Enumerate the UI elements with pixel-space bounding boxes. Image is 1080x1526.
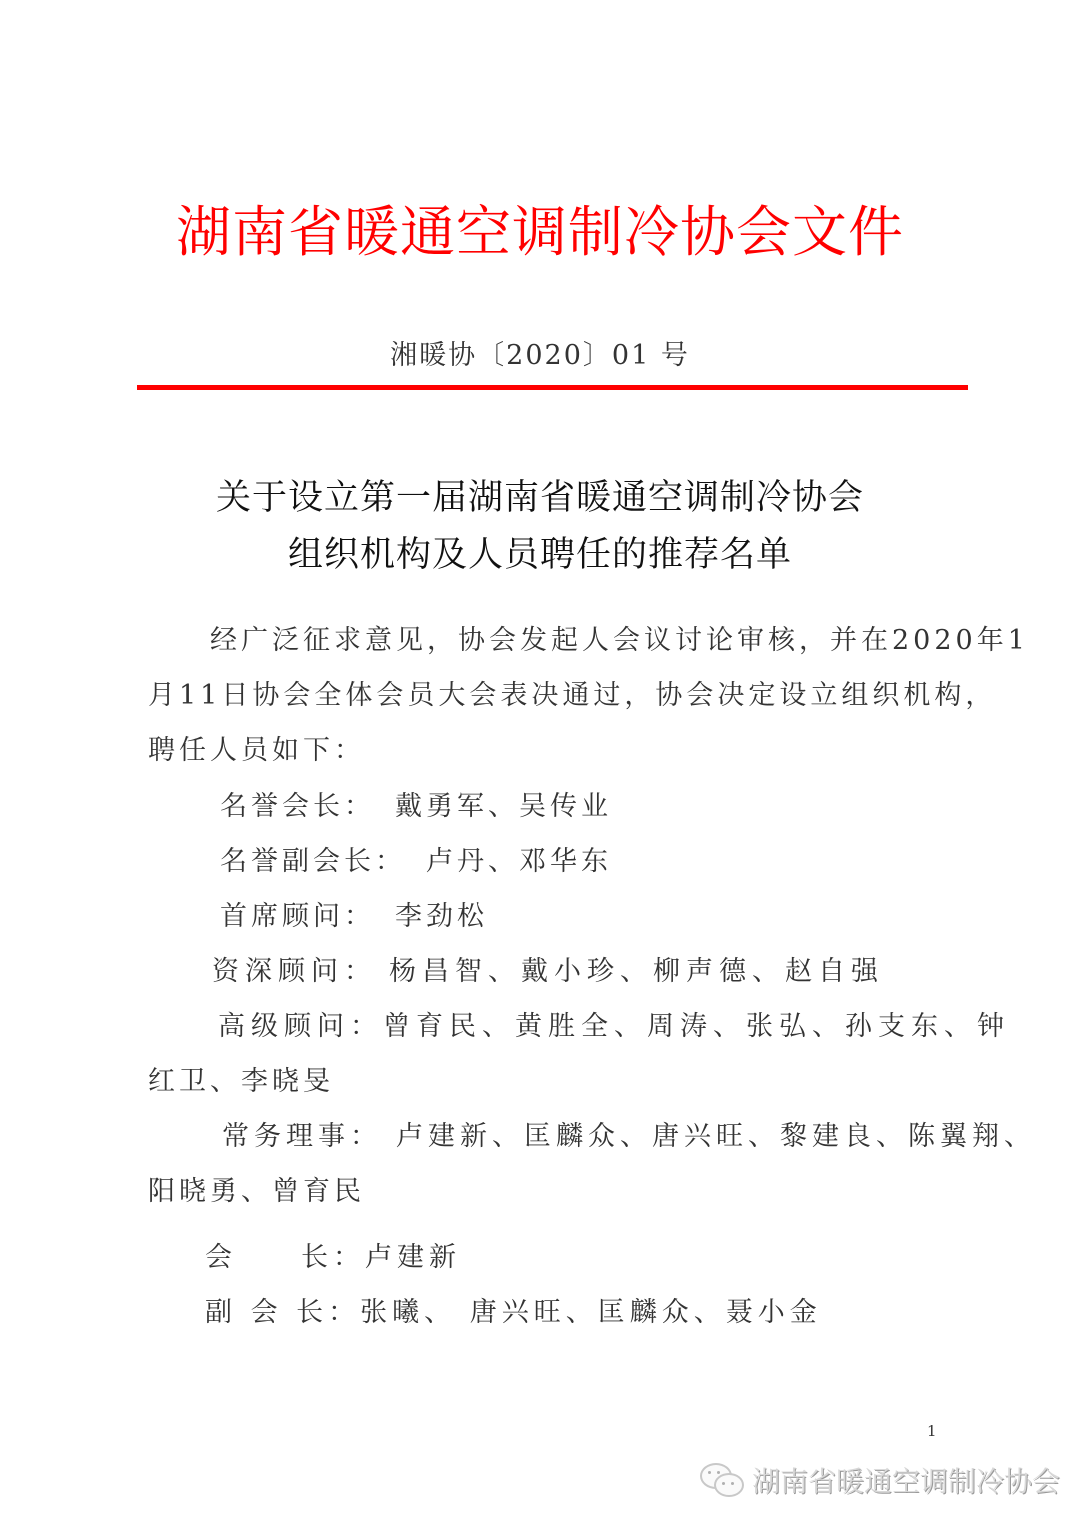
appointee-names: 杨昌智、戴小珍、柳声德、赵自强 — [389, 956, 884, 987]
appointment-executive-director-continued: 阳晓勇、曾育民 — [148, 1169, 365, 1208]
appointee-names: 李劲松 — [395, 901, 488, 932]
appointment-honorary-vice-president: 名誉副会长：卢丹、邓华东 — [220, 839, 612, 878]
role-label: 名誉会长： — [220, 791, 375, 822]
document-heading-line-2: 组织机构及人员聘任的推荐名单 — [0, 527, 1080, 577]
document-red-header-title: 湖南省暖通空调制冷协会文件 — [0, 188, 1080, 267]
red-divider-rule — [137, 385, 968, 390]
role-label: 常务理事： — [222, 1121, 382, 1152]
wechat-watermark: 湖南省暖通空调制冷协会 — [700, 1460, 1060, 1500]
appointee-names: 曾育民、黄胜全、周涛、张弘、孙支东、钟 — [383, 1011, 1010, 1042]
appointment-vice-president: 副 会 长：张曦、 唐兴旺、匡麟众、聂小金 — [205, 1290, 822, 1329]
role-label: 首席顾问： — [220, 901, 375, 932]
appointment-executive-director: 常务理事：卢建新、匡麟众、唐兴旺、黎建良、陈翼翔、 — [222, 1114, 1036, 1153]
role-label: 名誉副会长： — [220, 846, 406, 877]
appointment-chief-advisor: 首席顾问：李劲松 — [220, 894, 488, 933]
appointee-names: 戴勇军、吴传业 — [395, 791, 612, 822]
appointment-senior-advisor: 资深顾问：杨昌智、戴小珍、柳声德、赵自强 — [212, 949, 884, 988]
intro-paragraph-line-3: 聘任人员如下： — [148, 728, 365, 767]
intro-paragraph-line-2: 月11日协会全体会员大会表决通过，协会决定设立组织机构， — [148, 673, 996, 712]
role-label: 会 长： — [205, 1242, 365, 1273]
appointee-names: 张曦、 唐兴旺、匡麟众、聂小金 — [360, 1297, 822, 1328]
role-label: 高级顾问： — [218, 1011, 383, 1042]
watermark-text: 湖南省暖通空调制冷协会 — [752, 1460, 1060, 1500]
wechat-icon — [700, 1463, 744, 1497]
document-number: 湘暖协〔2020〕01 号 — [0, 333, 1080, 372]
role-label: 资深顾问： — [212, 956, 377, 987]
appointee-names: 卢建新 — [365, 1242, 461, 1273]
appointee-names: 卢建新、匡麟众、唐兴旺、黎建良、陈翼翔、 — [396, 1121, 1036, 1152]
appointment-president: 会 长：卢建新 — [205, 1235, 461, 1274]
page-number: 1 — [927, 1422, 937, 1440]
document-heading-line-1: 关于设立第一届湖南省暖通空调制冷协会 — [0, 470, 1080, 520]
appointment-honorary-president: 名誉会长：戴勇军、吴传业 — [220, 784, 612, 823]
intro-paragraph-line-1: 经广泛征求意见，协会发起人会议讨论审核，并在2020年1 — [148, 618, 1029, 657]
role-label: 副 会 长： — [205, 1297, 360, 1328]
appointment-advanced-advisor-continued: 红卫、李晓旻 — [148, 1059, 334, 1098]
appointment-advanced-advisor: 高级顾问：曾育民、黄胜全、周涛、张弘、孙支东、钟 — [218, 1004, 1010, 1043]
appointee-names: 卢丹、邓华东 — [426, 846, 612, 877]
